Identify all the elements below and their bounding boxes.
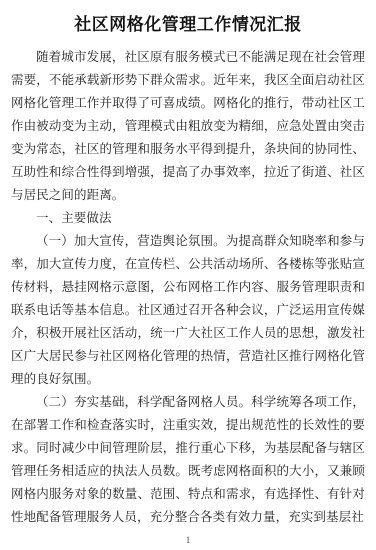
- document-content: 社区网格化管理工作情况汇报 随着城市发展，社区原有服务模式已不能满足现在社会管理…: [0, 0, 376, 529]
- paragraph-publicity: （一）加大宣传，营造舆论氛围。为提高群众知晓率和参与率，加大宣传力度，在宣传栏、…: [11, 230, 365, 391]
- section-heading-main-practices: 一、主要做法: [11, 207, 365, 230]
- paragraph-grid-staffing: （二）夯实基础，科学配备网格人员。科学统筹各项工作，在部署工作和检查落实时，注重…: [11, 391, 365, 529]
- document-title: 社区网格化管理工作情况汇报: [11, 12, 365, 38]
- document-page: 社区网格化管理工作情况汇报 随着城市发展，社区原有服务模式已不能满足现在社会管理…: [0, 0, 376, 550]
- page-number: 1: [0, 535, 376, 545]
- paragraph-intro: 随着城市发展，社区原有服务模式已不能满足现在社会管理需要，不能承载新形势下群众需…: [11, 46, 365, 207]
